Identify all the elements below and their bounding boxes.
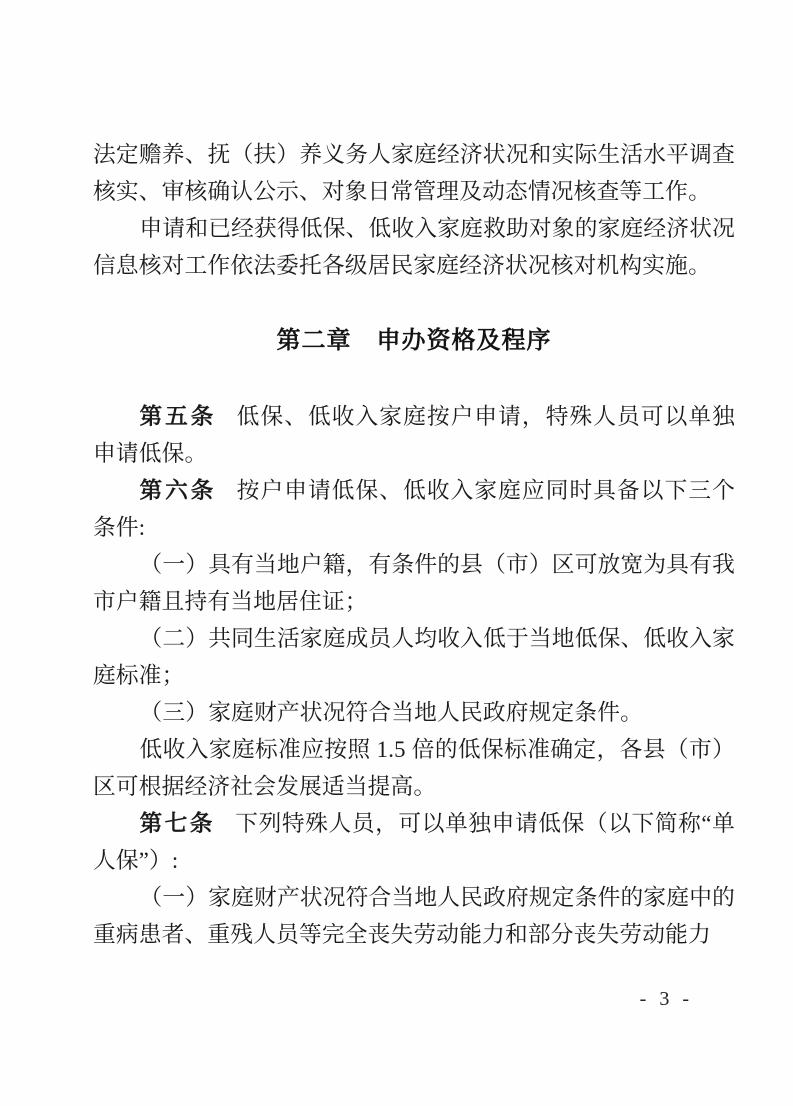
paragraph: 低收入家庭标准应按照 1.5 倍的低保标准确定，各县（市）区可根据经济社会发展适… [93,731,735,805]
paragraph: 第七条下列特殊人员，可以单独申请低保（以下简称“单人保”）: [93,805,735,879]
page-number: - 3 - [640,988,693,1011]
article-number: 第六条 [140,478,217,503]
article-number: 第七条 [140,811,215,836]
paragraph: 第六条按户申请低保、低收入家庭应同时具备以下三个条件: [93,472,735,546]
article-number: 第五条 [140,404,217,429]
paragraph: 申请和已经获得低保、低收入家庭救助对象的家庭经济状况信息核对工作依法委托各级居民… [93,210,735,284]
document-body: 法定赡养、抚（扶）养义务人家庭经济状况和实际生活水平调查核实、审核确认公示、对象… [93,136,735,953]
chapter-heading: 第二章 申办资格及程序 [93,322,735,359]
paragraph: 第五条低保、低收入家庭按户申请，特殊人员可以单独申请低保。 [93,398,735,472]
scanned-page: 法定赡养、抚（扶）养义务人家庭经济状况和实际生活水平调查核实、审核确认公示、对象… [0,0,793,1106]
paragraph: （二）共同生活家庭成员人均收入低于当地低保、低收入家庭标准； [93,620,735,694]
paragraph: （一）家庭财产状况符合当地人民政府规定条件的家庭中的重病患者、重残人员等完全丧失… [93,879,735,953]
paragraph: 法定赡养、抚（扶）养义务人家庭经济状况和实际生活水平调查核实、审核确认公示、对象… [93,136,735,210]
paragraph: （三）家庭财产状况符合当地人民政府规定条件。 [93,694,735,731]
paragraph: （一）具有当地户籍，有条件的县（市）区可放宽为具有我市户籍且持有当地居住证； [93,546,735,620]
